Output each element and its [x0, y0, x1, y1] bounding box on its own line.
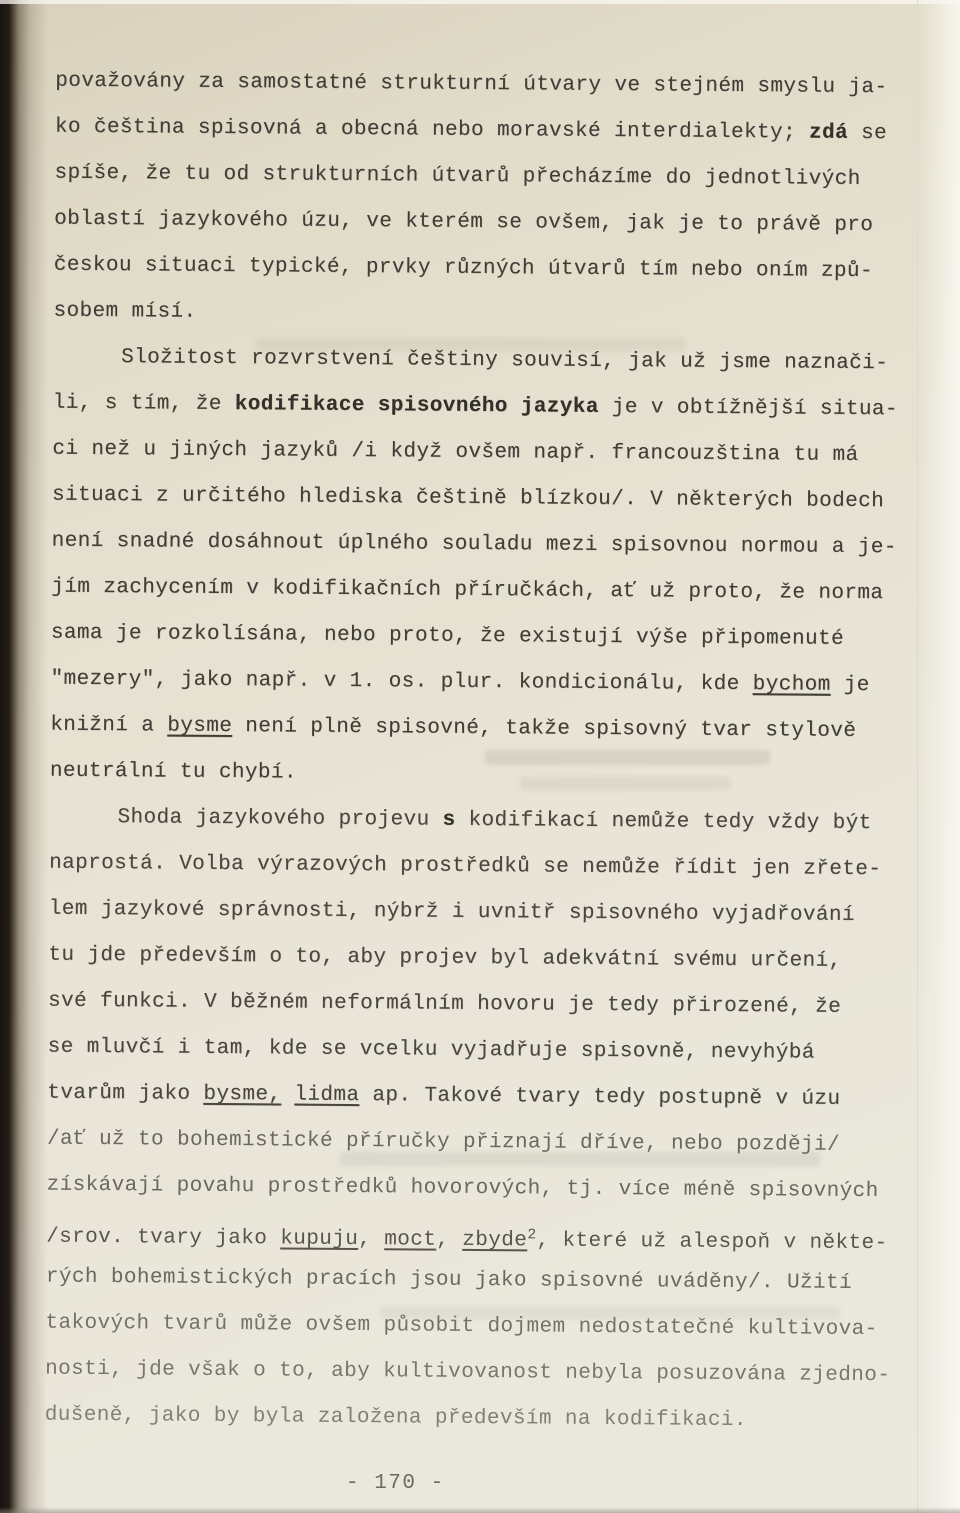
text-segment: považovány za samostatné strukturní útva… — [55, 70, 887, 100]
text-segment: Shoda jazykového projevu — [117, 806, 442, 832]
text-line: lem jazykové správnosti, nýbrž i uvnitř … — [49, 887, 929, 940]
emphasized-term: zbyde — [462, 1229, 527, 1253]
text-segment: li, s tím, že — [53, 392, 235, 416]
text-segment: lem jazykové správnosti, nýbrž i uvnitř … — [49, 898, 855, 927]
emphasized-term: bychom — [753, 673, 831, 697]
text-segment: oblastí jazykového úzu, ve kterém se ovš… — [54, 208, 873, 237]
text-line: Složitost rozvrstvení češtiny souvisí, j… — [53, 335, 933, 388]
text-line: sobem mísí. — [53, 289, 933, 342]
text-line: ci než u jiných jazyků /i když ovšem nap… — [52, 427, 932, 480]
text-segment: není snadné dosáhnout úplného souladu me… — [52, 530, 897, 560]
text-line: tu jde především o to, aby projev byl ad… — [48, 933, 928, 986]
scanned-document-page: považovány za samostatné strukturní útva… — [0, 0, 960, 1513]
text-line: /ať už to bohemistické příručky přiznají… — [47, 1117, 927, 1170]
text-segment: , — [436, 1229, 462, 1252]
text-segment: takových tvarů může ovšem působit dojmem… — [45, 1312, 877, 1342]
typewritten-content: považovány za samostatné strukturní útva… — [0, 0, 960, 1513]
text-segment: knižní a — [50, 714, 167, 738]
text-segment: s — [442, 809, 455, 832]
text-line: takových tvarů může ovšem působit dojmem… — [45, 1301, 925, 1354]
text-segment: , které už alespoň v někte- — [536, 1229, 887, 1255]
text-segment: českou situaci typické, prvky různých út… — [54, 254, 873, 283]
text-line: /srov. tvary jako kupuju, moct, zbyde2, … — [46, 1209, 926, 1262]
text-line: dušeně, jako by byla založena především … — [45, 1393, 925, 1446]
text-segment: rých bohemistických pracích jsou jako sp… — [46, 1266, 852, 1295]
text-line: li, s tím, že kodifikace spisovného jazy… — [53, 381, 933, 434]
page-number: - 170 - — [346, 1472, 445, 1495]
text-segment: sobem mísí. — [53, 300, 196, 324]
text-line: českou situaci typické, prvky různých út… — [54, 243, 934, 296]
text-segment: "mezery", jako např. v 1. os. plur. kond… — [51, 668, 753, 697]
text-segment: tu jde především o to, aby projev byl ad… — [48, 944, 841, 973]
text-segment: sama je rozkolísána, nebo proto, že exis… — [51, 622, 844, 651]
paper-top-edge — [0, 0, 960, 4]
text-segment: získávají povahu prostředků hovorových, … — [47, 1174, 879, 1204]
text-line: Shoda jazykového projevu s kodifikací ne… — [49, 795, 929, 848]
text-segment: nosti, jde však o to, aby kultivovanost … — [45, 1358, 890, 1388]
text-line: "mezery", jako např. v 1. os. plur. kond… — [50, 657, 930, 710]
document-text: považovány za samostatné strukturní útva… — [45, 59, 936, 1446]
text-segment: se — [848, 122, 887, 145]
text-segment: dušeně, jako by byla založena především … — [45, 1404, 747, 1433]
text-line: naprostá. Volba výrazových prostředků se… — [49, 841, 929, 894]
text-line: se mluvčí i tam, kde se vcelku vyjadřuje… — [48, 1025, 928, 1078]
text-line: spíše, že tu od strukturních útvarů přec… — [54, 151, 934, 204]
text-line: získávají povahu prostředků hovorových, … — [46, 1163, 926, 1216]
text-line: knižní a bysme není plně spisovné, takže… — [50, 703, 930, 756]
text-segment: se mluvčí i tam, kde se vcelku vyjadřuje… — [48, 1036, 815, 1065]
text-line: jím zachycením v kodifikačních příručkác… — [51, 565, 931, 618]
text-line: tvarům jako bysme, lidma ap. Takové tvar… — [47, 1071, 927, 1124]
emphasized-term: kupuju — [280, 1227, 358, 1251]
text-line: nosti, jde však o to, aby kultivovanost … — [45, 1347, 925, 1400]
text-segment: situaci z určitého hlediska češtině blíz… — [52, 484, 884, 514]
text-segment: kodifikací nemůže tedy vždy být — [455, 809, 871, 835]
emphasized-term: bysme — [167, 715, 232, 739]
text-segment: Složitost rozvrstvení češtiny souvisí, j… — [121, 346, 888, 375]
text-segment: není plně spisovné, takže spisovný tvar … — [232, 715, 856, 743]
text-segment: ko čeština spisovná a obecná nebo moravs… — [55, 116, 809, 145]
text-line: považovány za samostatné strukturní útva… — [55, 59, 935, 112]
paper-bottom-edge — [0, 1507, 960, 1513]
text-segment: naprostá. Volba výrazových prostředků se… — [49, 852, 881, 882]
text-segment: /ať už to bohemistické příručky přiznají… — [47, 1128, 840, 1157]
text-segment: zdá — [809, 122, 848, 145]
text-segment: je — [831, 674, 870, 697]
text-line: oblastí jazykového úzu, ve kterém se ovš… — [54, 197, 934, 250]
text-segment: své funkci. V běžném neformálním hovoru … — [48, 990, 841, 1019]
emphasized-term: bysme, — [203, 1083, 281, 1107]
text-segment: tvarům jako — [47, 1082, 203, 1106]
text-segment: /srov. tvary jako — [46, 1226, 280, 1251]
text-segment: kodifikace spisovného jazyka — [235, 393, 599, 419]
text-line: není snadné dosáhnout úplného souladu me… — [51, 519, 931, 572]
text-line: situaci z určitého hlediska češtině blíz… — [52, 473, 932, 526]
text-segment — [281, 1083, 294, 1106]
text-segment: neutrální tu chybí. — [50, 760, 297, 785]
text-line: ko čeština spisovná a obecná nebo moravs… — [55, 105, 935, 158]
text-line: neutrální tu chybí. — [50, 749, 930, 802]
text-segment: je v obtížnější situa- — [599, 396, 898, 421]
text-segment: ci než u jiných jazyků /i když ovšem nap… — [52, 438, 858, 467]
text-line: své funkci. V běžném neformálním hovoru … — [48, 979, 928, 1032]
text-line: sama je rozkolísána, nebo proto, že exis… — [51, 611, 931, 664]
text-line: rých bohemistických pracích jsou jako sp… — [46, 1255, 926, 1308]
emphasized-term: lidma — [294, 1084, 359, 1108]
paper-right-edge — [917, 0, 960, 1513]
text-segment: jím zachycením v kodifikačních příručkác… — [51, 576, 883, 606]
text-segment: spíše, že tu od strukturních útvarů přec… — [54, 162, 860, 191]
text-segment: ap. Takové tvary tedy postupně v úzu — [359, 1084, 840, 1111]
emphasized-term: moct — [384, 1228, 436, 1251]
text-segment: , — [358, 1228, 384, 1251]
